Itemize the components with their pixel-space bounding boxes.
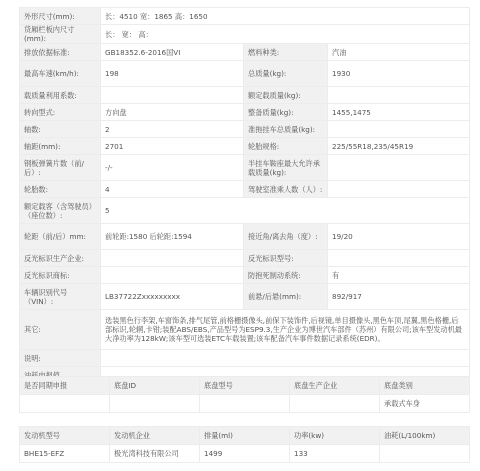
spec-label: 其它: [20,310,101,350]
spec-label: 外形尺寸(mm): [20,8,101,25]
spec-row: 车辆识别代号（VIN）:LB37722Zxxxxxxxxx前悬/后悬(mm):8… [20,284,470,310]
spec-value: 19/20 [328,224,470,250]
chassis-header-cell: 底盘型号 [200,377,290,395]
spec-value [328,87,470,104]
spec-row: 载质量利用系数:额定载质量(kg): [20,87,470,104]
spec-label: 半挂车鞍座最大允许承载质量(kg): [244,155,328,181]
spec-row: 排放依据标准:GB18352.6-2016国VI燃料种类:汽油 [20,44,470,61]
chassis-header-cell: 底盘ID [110,377,200,395]
engine-header-cell: 油耗(L/100km) [380,427,470,445]
spec-value: 4 [101,181,244,198]
chassis-cell [20,395,110,413]
chassis-header-cell: 是否同期申报 [20,377,110,395]
spec-label: 转向型式: [20,104,101,121]
chassis-header-cell: 底盘生产企业 [290,377,380,395]
spec-row: 轴距(mm):2701轮胎规格:225/55R18,235/45R19 [20,138,470,155]
spec-value: 方向盘 [101,104,244,121]
engine-data-row: BHE15-EFZ 极光湾科技有限公司 1499 133 [20,445,470,463]
chassis-table: 是否同期申报 底盘ID 底盘型号 底盘生产企业 底盘类别 承载式车身 [19,376,470,413]
spec-row: 反光标识生产企业:反光标识型号: [20,250,470,267]
spec-value: -/- [101,155,244,181]
spec-label: 防抱死制动系统: [244,267,328,284]
chassis-data-row: 承载式车身 [20,395,470,413]
chassis-cell [110,395,200,413]
spec-row: 货厢栏板内尺寸(mm):长： 宽： 高： [20,25,470,44]
spec-row: 外形尺寸(mm):长：4510 宽：1865 高：1650 [20,8,470,25]
spec-row: 轮胎数:4驾驶室准乘人数（人）: [20,181,470,198]
spec-label: 整备质量(kg): [244,104,328,121]
engine-header-cell: 发动机型号 [20,427,110,445]
spec-value: 有 [328,267,470,284]
spec-value: 1930 [328,61,470,87]
spec-label: 钢板弹簧片数（前/后）: [20,155,101,181]
spec-row: 额定载客（含驾驶员）（座位数）:5 [20,198,470,224]
spec-value [101,267,244,284]
spec-label: 轮胎数: [20,181,101,198]
spec-value [101,250,244,267]
spec-label: 前悬/后悬(mm): [244,284,328,310]
spec-label: 说明: [20,350,101,367]
spec-label: 轴数: [20,121,101,138]
engine-header-cell: 功率(kw) [290,427,380,445]
spec-label: 载质量利用系数: [20,87,101,104]
spec-value: 前轮距:1580 后轮距:1594 [101,224,244,250]
spec-label: 轮距（前/后）mm: [20,224,101,250]
spec-value: 225/55R18,235/45R19 [328,138,470,155]
spec-value [328,121,470,138]
engine-cell: 1499 [200,445,290,463]
spec-row: 钢板弹簧片数（前/后）:-/-半挂车鞍座最大允许承载质量(kg): [20,155,470,181]
engine-header-row: 发动机型号 发动机企业 排量(ml) 功率(kw) 油耗(L/100km) [20,427,470,445]
spec-row: 轮距（前/后）mm:前轮距:1580 后轮距:1594接近角/离去角（度）:19… [20,224,470,250]
spec-label: 反光标识生产企业: [20,250,101,267]
chassis-cell [200,395,290,413]
spec-value: 长： 宽： 高： [101,25,470,44]
spec-label: 轴距(mm): [20,138,101,155]
spec-label: 燃料种类: [244,44,328,61]
spec-value: 5 [101,198,470,224]
engine-cell: BHE15-EFZ [20,445,110,463]
engine-cell [380,445,470,463]
spec-row: 其它:选装黑色行李架,车窗饰条,排气尾管,前格栅摄像头,前保下装饰件,后视镜,单… [20,310,470,350]
spec-value [328,250,470,267]
engine-header-cell: 排量(ml) [200,427,290,445]
spec-row: 转向型式:方向盘整备质量(kg):1455,1475 [20,104,470,121]
chassis-header-row: 是否同期申报 底盘ID 底盘型号 底盘生产企业 底盘类别 [20,377,470,395]
spec-label: 轮胎规格: [244,138,328,155]
spec-value [328,181,470,198]
chassis-cell [290,395,380,413]
spec-value: 892/917 [328,284,470,310]
spec-label: 货厢栏板内尺寸(mm): [20,25,101,44]
chassis-header-cell: 底盘类别 [380,377,470,395]
engine-cell: 133 [290,445,380,463]
spec-value [101,350,470,367]
spec-value: 1455,1475 [328,104,470,121]
spec-label: 接近角/离去角（度）: [244,224,328,250]
spec-value: 汽油 [328,44,470,61]
engine-cell: 极光湾科技有限公司 [110,445,200,463]
spec-value: GB18352.6-2016国VI [101,44,244,61]
spec-label: 排放依据标准: [20,44,101,61]
spec-row: 最高车速(km/h):198总质量(kg):1930 [20,61,470,87]
spec-value [328,155,470,181]
spec-label: 驾驶室准乘人数（人）: [244,181,328,198]
spec-row: 反光标识商标:防抱死制动系统:有 [20,267,470,284]
chassis-cell: 承载式车身 [380,395,470,413]
spec-value: 2 [101,121,244,138]
spec-value [101,87,244,104]
spec-label: 反光标识商标: [20,267,101,284]
engine-table: 发动机型号 发动机企业 排量(ml) 功率(kw) 油耗(L/100km) BH… [19,426,470,463]
spec-label: 额定载客（含驾驶员）（座位数）: [20,198,101,224]
spec-row: 说明: [20,350,470,367]
engine-header-cell: 发动机企业 [110,427,200,445]
spec-label: 总质量(kg): [244,61,328,87]
spec-value: LB37722Zxxxxxxxxx [101,284,244,310]
spec-row: 轴数:2准拖挂车总质量(kg): [20,121,470,138]
spec-label: 准拖挂车总质量(kg): [244,121,328,138]
spec-value: 选装黑色行李架,车窗饰条,排气尾管,前格栅摄像头,前保下装饰件,后视镜,单目摄像… [101,310,470,350]
spec-label: 额定载质量(kg): [244,87,328,104]
spec-value: 198 [101,61,244,87]
spec-label: 最高车速(km/h): [20,61,101,87]
spec-label: 反光标识型号: [244,250,328,267]
spec-value: 长：4510 宽：1865 高：1650 [101,8,470,25]
spec-label: 车辆识别代号（VIN）: [20,284,101,310]
spec-value: 2701 [101,138,244,155]
vehicle-spec-table: 外形尺寸(mm):长：4510 宽：1865 高：1650货厢栏板内尺寸(mm)… [19,7,470,393]
